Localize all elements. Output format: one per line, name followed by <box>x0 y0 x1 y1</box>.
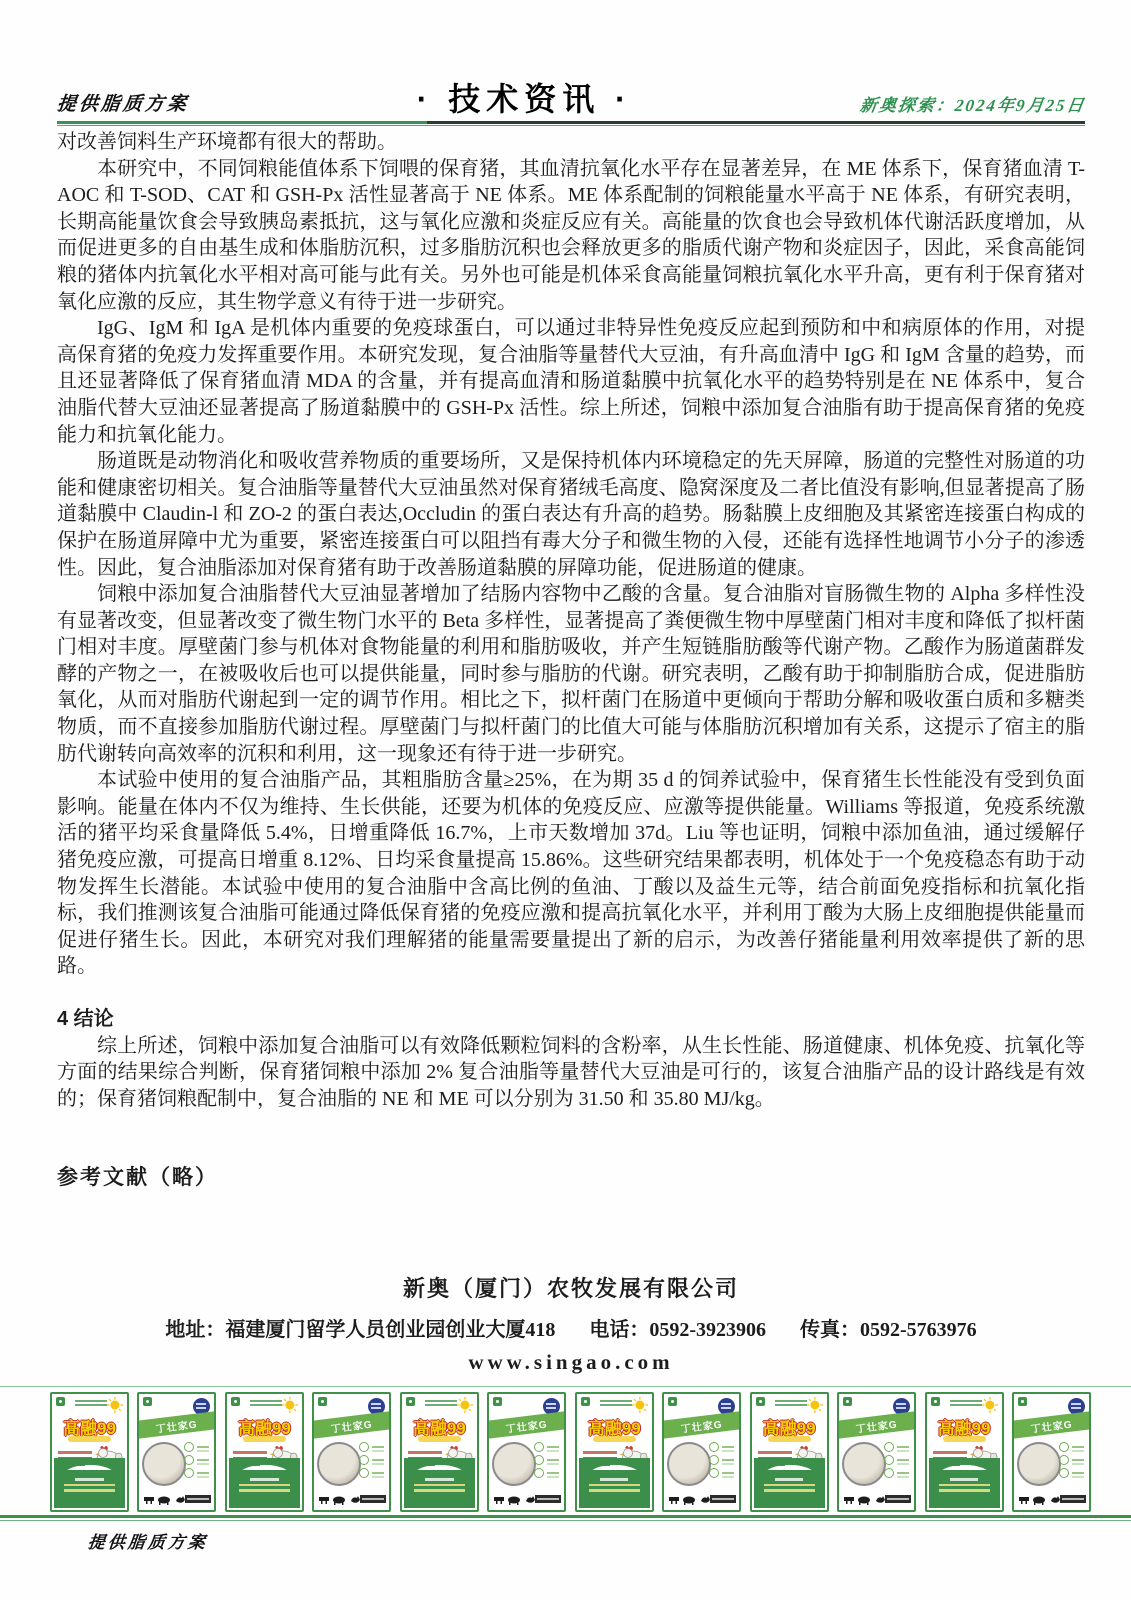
footer-tagline: 提供脂质方案 <box>87 1528 210 1553</box>
feature-bullets <box>359 1442 383 1481</box>
pack-name-band: 丁壮家G <box>487 1411 566 1439</box>
address-label: 地址： <box>165 1319 225 1341</box>
product-pack-gaorong99: 高融99 <box>750 1392 829 1512</box>
pack-name-label: 丁壮家G <box>155 1415 198 1435</box>
pack-slogan-lines <box>250 1400 282 1408</box>
pack-name-band: 丁壮家G <box>837 1411 916 1439</box>
product-pack-dingzhuangjia: 丁壮家G <box>837 1392 916 1512</box>
brand-logo-icon <box>231 1397 240 1406</box>
animal-silhouettes-icon <box>493 1492 537 1504</box>
brand-logo-icon <box>493 1397 502 1406</box>
pack-bottom-banner <box>360 1495 386 1503</box>
paragraph: 本研究中，不同饲粮能值体系下饲喂的保育猪，其血清抗氧化水平存在显著差异，在 ME… <box>57 156 1085 316</box>
brand-logo-icon <box>56 1397 65 1406</box>
product-pack-gaorong99: 高融99 <box>50 1392 129 1512</box>
pack-subtitle-bar <box>768 1436 811 1442</box>
brand-logo-icon <box>931 1397 940 1406</box>
product-pack-dingzhuangjia: 丁壮家G <box>312 1392 391 1512</box>
animal-silhouettes-icon <box>143 1492 187 1504</box>
pack-name-band: 丁壮家G <box>662 1411 741 1439</box>
pack-slogan-lines <box>950 1400 982 1408</box>
sun-icon <box>105 1396 123 1414</box>
brand-logo-icon <box>581 1397 590 1406</box>
paragraph: 饲粮中添加复合油脂替代大豆油显著增加了结肠内容物中乙酸的含量。复合油脂对盲肠微生… <box>57 581 1085 767</box>
product-pack-dingzhuangjia: 丁壮家G <box>137 1392 216 1512</box>
pack-name-label: 丁壮家G <box>1030 1415 1073 1435</box>
product-photo-circle <box>667 1442 711 1486</box>
conclusion-heading: 4 结论 <box>57 1006 1085 1033</box>
pack-green-footer <box>404 1470 475 1508</box>
article-body: 对改善饲料生产环境都有很大的帮助。 本研究中，不同饲粮能值体系下饲喂的保育猪，其… <box>57 129 1085 1191</box>
conclusion-paragraph: 综上所述，饲粮中添加复合油脂可以有效降低颗粒饲料的含粉率，从生长性能、肠道健康、… <box>57 1033 1085 1113</box>
product-pack-gaorong99: 高融99 <box>225 1392 304 1512</box>
pack-subtitle-bar <box>593 1436 636 1442</box>
pack-subtitle-bar <box>943 1436 986 1442</box>
fax-label: 传真： <box>800 1319 860 1341</box>
header-left-tagline: 提供脂质方案 <box>55 89 190 120</box>
feature-bullets <box>534 1442 558 1481</box>
pack-name-label: 丁壮家G <box>505 1415 548 1435</box>
phone-label: 电话： <box>589 1319 649 1341</box>
sun-icon <box>455 1396 473 1414</box>
company-website: www.singao.com <box>57 1350 1085 1375</box>
address-value: 福建厦门留学人员创业园创业大厦418 <box>225 1319 555 1341</box>
pack-bottom-banner <box>885 1495 911 1503</box>
pack-name-label: 丁壮家G <box>855 1415 898 1435</box>
pack-green-footer <box>229 1470 300 1508</box>
strip-bottom-rule-thin <box>0 1520 1131 1521</box>
brand-logo-icon <box>756 1397 765 1406</box>
pack-green-footer <box>929 1470 1000 1508</box>
pack-bottom-banner <box>1060 1495 1086 1503</box>
pack-slogan-lines <box>425 1400 457 1408</box>
company-name: 新奥（厦门）农牧发展有限公司 <box>57 1272 1085 1303</box>
pack-slogan-lines <box>775 1400 807 1408</box>
fax-value: 0592-5763976 <box>860 1319 977 1341</box>
animal-silhouettes-icon <box>1018 1492 1062 1504</box>
pack-bottom-banner <box>710 1495 736 1503</box>
paragraph: IgG、IgM 和 IgA 是机体内重要的免疫球蛋白，可以通过非特异性免疫反应起… <box>57 315 1085 448</box>
pack-name-band: 丁壮家G <box>1012 1411 1091 1439</box>
paragraph: 本试验中使用的复合油脂产品，其粗脂肪含量≥25%，在为期 35 d 的饲养试验中… <box>57 767 1085 980</box>
product-photo-circle <box>492 1442 536 1486</box>
sun-icon <box>805 1396 823 1414</box>
references-heading: 参考文献（略） <box>57 1164 1085 1191</box>
paragraph: 肠道既是动物消化和吸收营养物质的重要场所，又是保持机体内环境稳定的先天屏障，肠道… <box>57 448 1085 581</box>
strip-bottom-rule-thick <box>0 1515 1131 1518</box>
pack-green-footer <box>54 1470 125 1508</box>
feature-bullets <box>1059 1442 1083 1481</box>
pack-name-band: 丁壮家G <box>312 1411 391 1439</box>
page-title: · 技术资讯 · <box>417 74 632 120</box>
pack-green-footer <box>754 1470 825 1508</box>
page-header: 提供脂质方案 · 技术资讯 · 新奥探索：2024年9月25日 <box>57 82 1085 120</box>
animal-silhouettes-icon <box>668 1492 712 1504</box>
header-date-credit: 新奥探索：2024年9月25日 <box>857 91 1087 120</box>
feature-bullets <box>884 1442 908 1481</box>
pack-slogan-lines <box>75 1400 107 1408</box>
pack-name-label: 丁壮家G <box>680 1415 723 1435</box>
pack-name-band: 丁壮家G <box>137 1411 216 1439</box>
pack-bottom-banner <box>535 1495 561 1503</box>
brand-logo-icon <box>406 1397 415 1406</box>
sun-icon <box>280 1396 298 1414</box>
phone-value: 0592-3923906 <box>649 1319 766 1341</box>
brand-logo-icon <box>843 1397 852 1406</box>
brand-logo-icon <box>1018 1397 1027 1406</box>
product-pack-dingzhuangjia: 丁壮家G <box>662 1392 741 1512</box>
header-rule <box>57 121 1085 124</box>
pack-subtitle-bar <box>418 1436 461 1442</box>
pack-subtitle-bar <box>243 1436 286 1442</box>
product-pack-dingzhuangjia: 丁壮家G <box>487 1392 566 1512</box>
header-rule-thin <box>57 125 1085 126</box>
product-photo-circle <box>317 1442 361 1486</box>
company-contact-line: 地址：福建厦门留学人员创业园创业大厦418电话：0592-3923906传真：0… <box>57 1313 1085 1342</box>
pack-subtitle-bar <box>68 1436 111 1442</box>
animal-silhouettes-icon <box>318 1492 362 1504</box>
pack-bottom-banner <box>185 1495 211 1503</box>
brand-logo-icon <box>143 1397 152 1406</box>
document-page: 提供脂质方案 · 技术资讯 · 新奥探索：2024年9月25日 对改善饲料生产环… <box>0 0 1131 1600</box>
company-block: 新奥（厦门）农牧发展有限公司 地址：福建厦门留学人员创业园创业大厦418电话：0… <box>57 1272 1085 1375</box>
product-pack-gaorong99: 高融99 <box>925 1392 1004 1512</box>
product-strip: 高融99 丁壮家G <box>50 1392 1091 1512</box>
paragraph-continuation: 对改善饲料生产环境都有很大的帮助。 <box>57 129 1085 156</box>
product-photo-circle <box>842 1442 886 1486</box>
pack-slogan-lines <box>600 1400 632 1408</box>
sun-icon <box>980 1396 998 1414</box>
sun-icon <box>630 1396 648 1414</box>
product-pack-dingzhuangjia: 丁壮家G <box>1012 1392 1091 1512</box>
animal-silhouettes-icon <box>843 1492 887 1504</box>
brand-logo-icon <box>318 1397 327 1406</box>
feature-bullets <box>184 1442 208 1481</box>
product-pack-gaorong99: 高融99 <box>400 1392 479 1512</box>
product-photo-circle <box>1017 1442 1061 1486</box>
product-photo-circle <box>142 1442 186 1486</box>
pack-name-label: 丁壮家G <box>330 1415 373 1435</box>
strip-top-rule <box>0 1386 1131 1387</box>
product-pack-gaorong99: 高融99 <box>575 1392 654 1512</box>
pack-green-footer <box>579 1470 650 1508</box>
brand-logo-icon <box>668 1397 677 1406</box>
feature-bullets <box>709 1442 733 1481</box>
